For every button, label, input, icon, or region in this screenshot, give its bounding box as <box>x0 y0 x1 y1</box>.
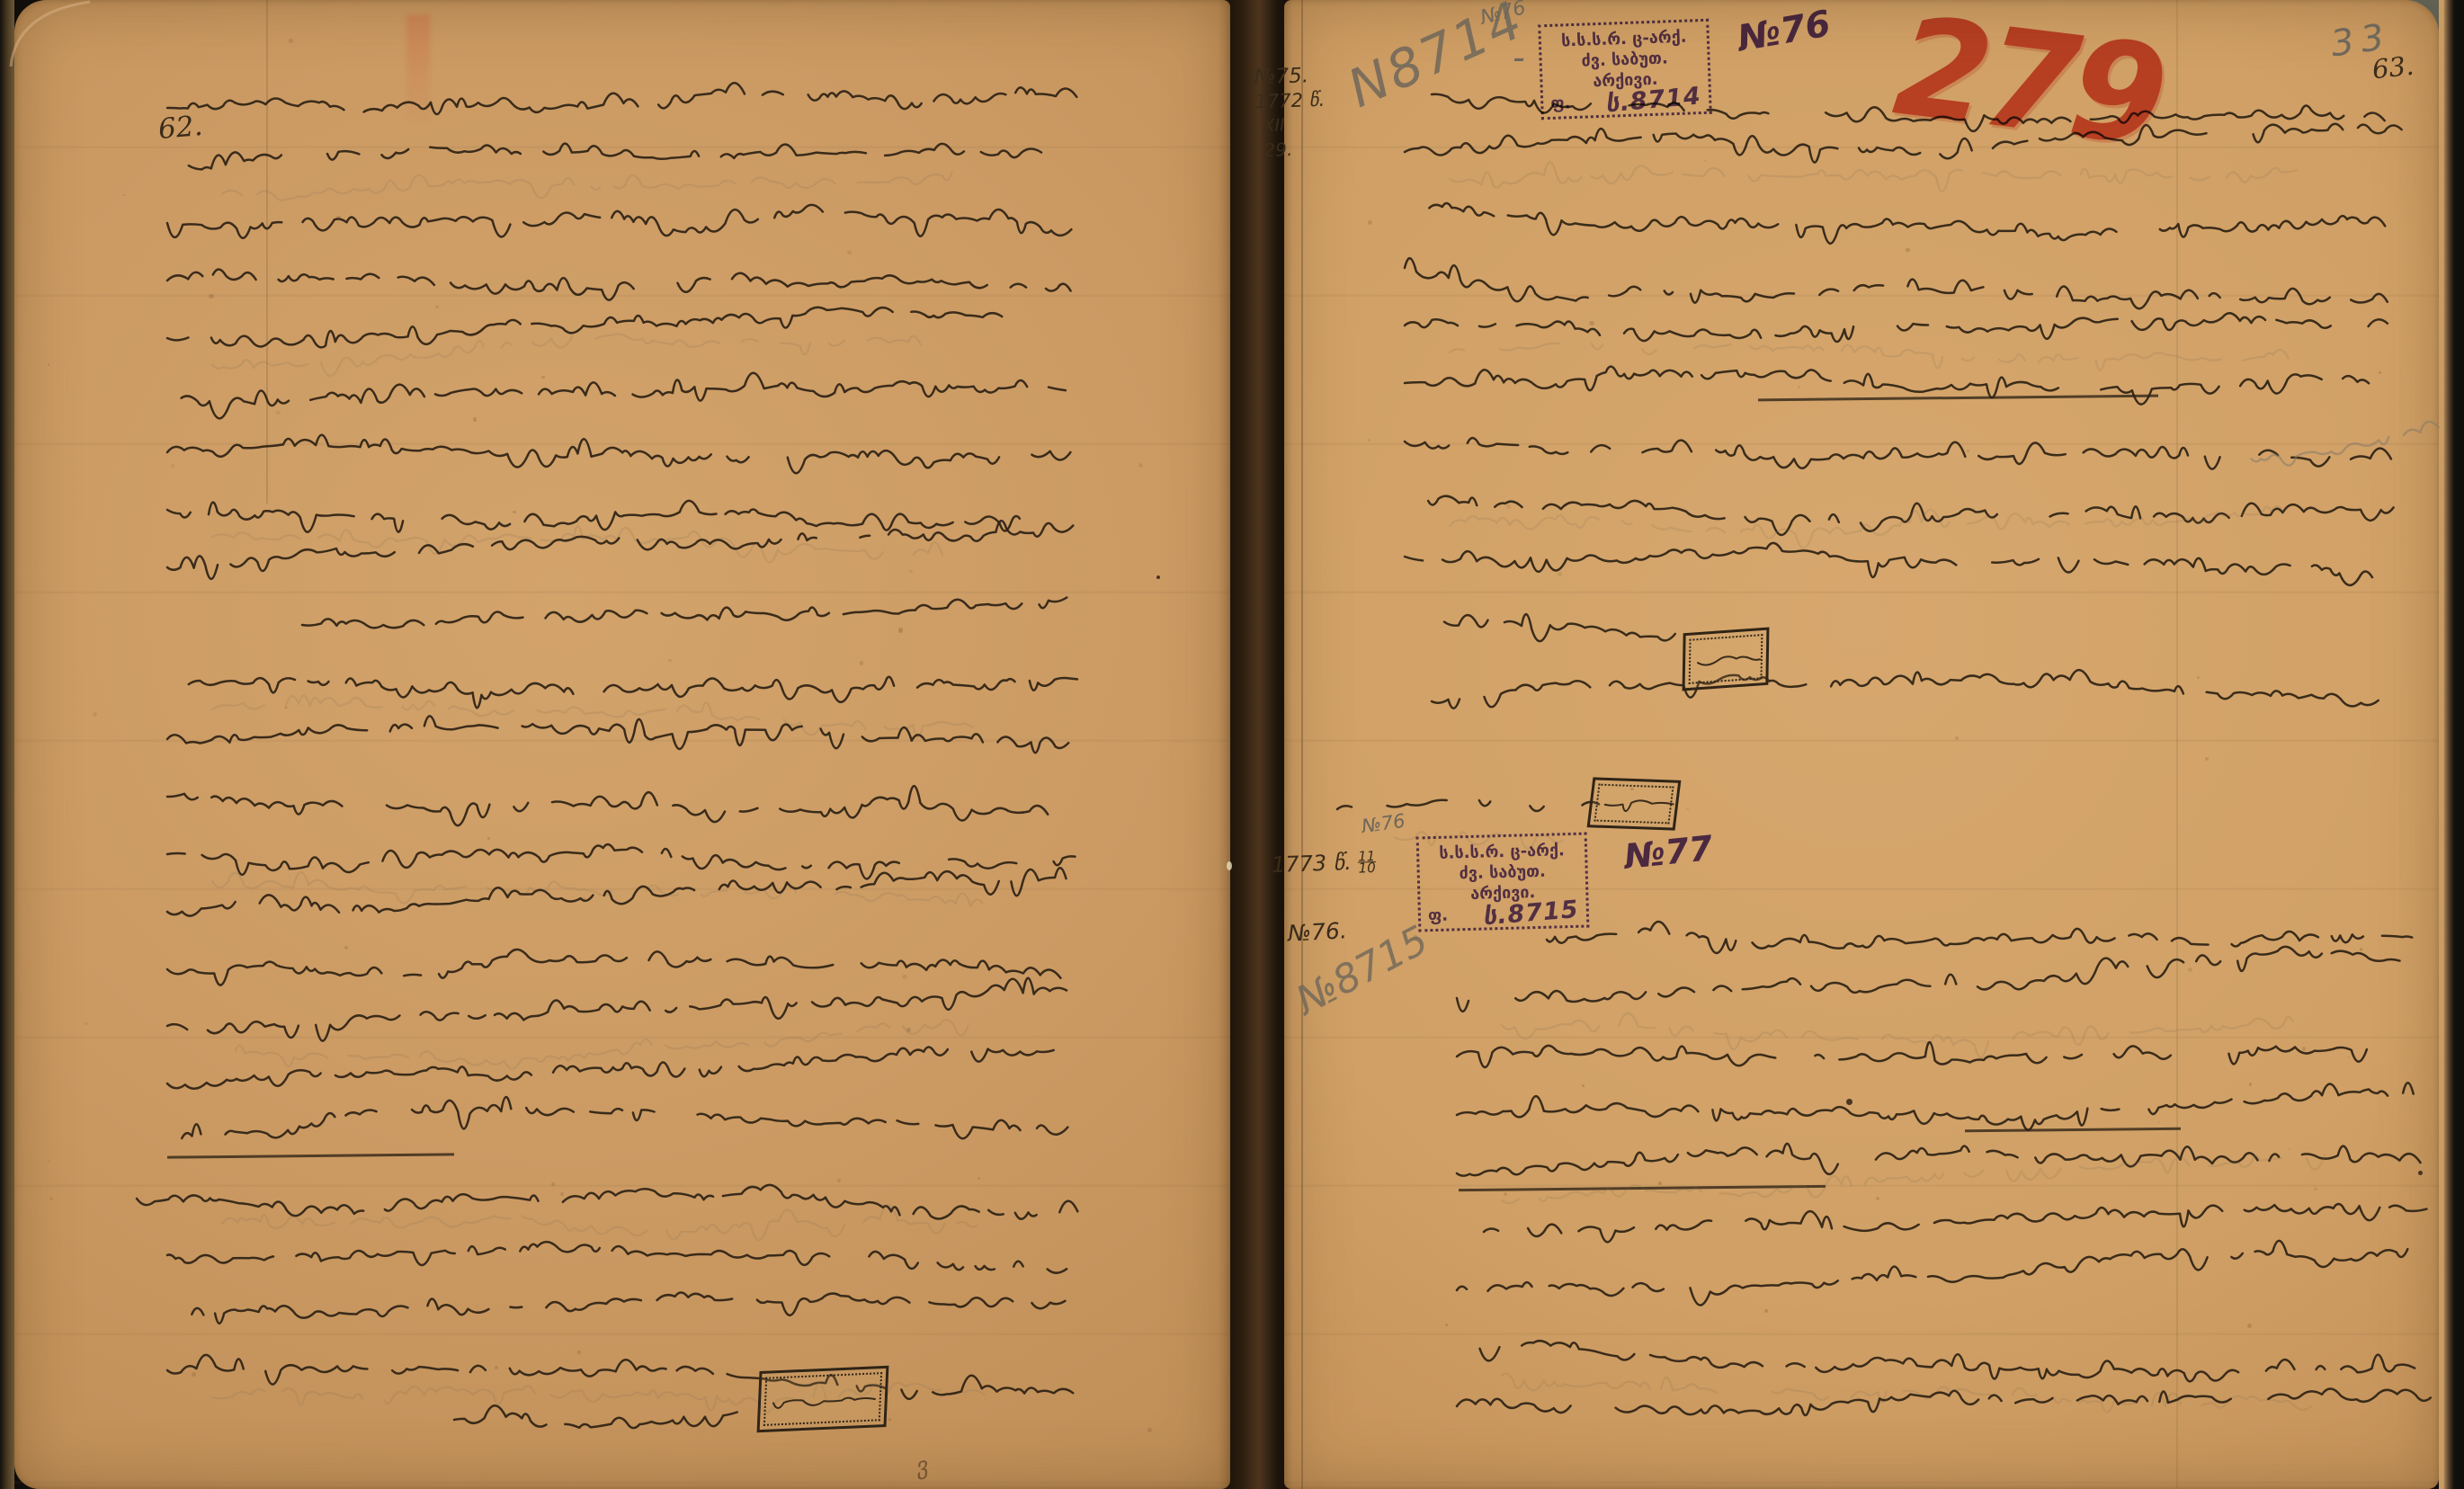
paper-speck <box>93 712 97 717</box>
archive-stamp-2: ს.ს.ს.რ. ც-არქ. ძვ. საბუთ. არქივი. ფ. ს.… <box>1416 833 1590 932</box>
paper-speck <box>2205 757 2209 761</box>
paper-speck <box>49 1197 53 1200</box>
paper-speck <box>48 1160 50 1163</box>
stamp2-number: ს.8715 <box>1483 899 1580 927</box>
handwritten-line <box>1401 519 2372 591</box>
paper-speck <box>1955 736 1959 740</box>
paper-speck <box>122 194 124 196</box>
entry76-margin-no: №76. <box>1287 917 1347 946</box>
entry75-margin-no: №75. <box>1254 64 1325 91</box>
entry75-margin-day: 29. <box>1256 137 1327 164</box>
paper-speck <box>1445 1324 1449 1327</box>
paper-speck <box>85 1022 88 1026</box>
archive-stamp-1: ს.ს.ს.რ. ც-არქ. ძვ. საბუთ. არქივი. ფ. ს.… <box>1538 19 1712 120</box>
seal-mark-inner <box>1689 634 1763 684</box>
ink-blot <box>1156 575 1160 579</box>
folio-number-62: 62. <box>157 110 204 146</box>
seal-mark-inner <box>1594 784 1674 825</box>
folio-number-63: 63. <box>2370 50 2415 85</box>
entry76-margin-year: 1773 წ. <box>1272 850 1353 878</box>
handwritten-line <box>1453 1369 2421 1440</box>
handwritten-line <box>451 1382 737 1454</box>
pencil-dash: - <box>1513 38 1525 77</box>
paper-speck <box>1368 439 1370 441</box>
seal-mark-box <box>757 1366 889 1432</box>
manuscript-scan: 62. ვ 33 63. 279 N8714 №76 - ს.ს.ს.რ. ც-… <box>0 0 2464 1489</box>
paper-speck <box>1138 463 1143 468</box>
entry75-margin: №75. 1772 წ. XII 29. <box>1254 64 1326 164</box>
handwritten-line <box>1401 584 1671 656</box>
paper-speck <box>289 39 293 43</box>
entry76-margin-fraction: 1110 <box>1358 851 1376 874</box>
entry76-margin-date: 1773 წ. 1110 <box>1272 849 1376 878</box>
paper-speck <box>1368 220 1372 225</box>
seal-mark-inner <box>763 1372 882 1426</box>
stamp2-fond-label: ფ. <box>1428 905 1449 927</box>
seal-mark-script <box>772 1385 872 1414</box>
paper-speck <box>1686 807 1690 811</box>
paper-speck <box>1147 1428 1152 1432</box>
ink-blot <box>2418 1171 2423 1175</box>
entry75-margin-year: 1772 წ. <box>1254 88 1326 115</box>
seal-mark-box <box>1587 777 1682 830</box>
handwriting-layer <box>0 0 2464 1489</box>
seal-mark-box <box>1683 628 1770 691</box>
entry75-margin-month: XII <box>1255 112 1326 139</box>
stamp1-fond-label: ფ. <box>1550 93 1571 114</box>
stamp1-number: ს.8714 <box>1605 85 1702 114</box>
stamp2-line1: ს.ს.ს.რ. ც-არქ. <box>1426 840 1578 864</box>
paper-speck <box>48 363 50 366</box>
handwritten-line <box>1428 664 2370 736</box>
seal-mark-script <box>1603 790 1664 817</box>
seal-mark-script <box>1698 645 1754 673</box>
